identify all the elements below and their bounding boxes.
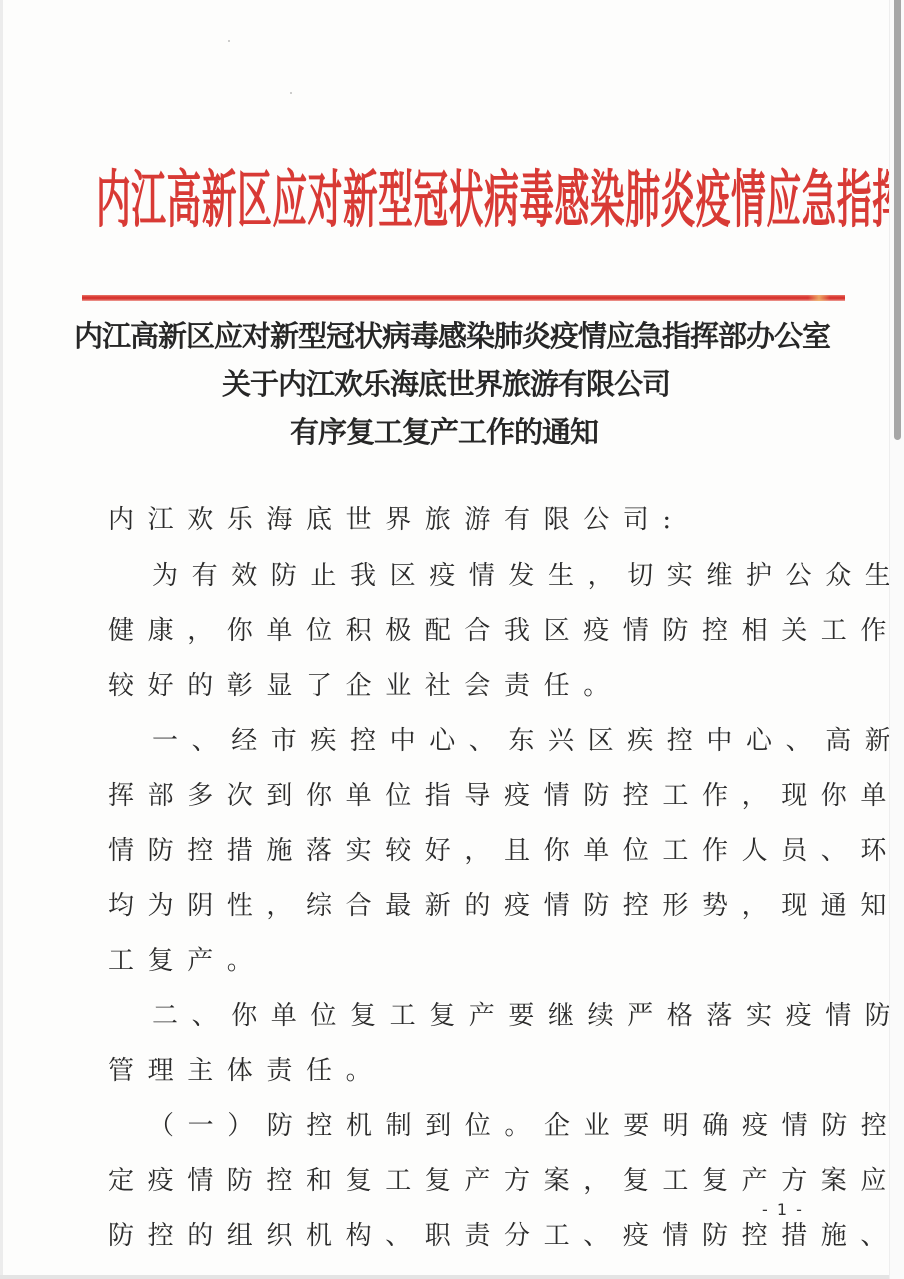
letterhead-red-rule xyxy=(82,295,845,301)
body-line: 工复产。 xyxy=(108,941,266,981)
letterhead-title-text: 内江高新区应对新型冠状病毒感染肺炎疫情应急指挥部办公 xyxy=(96,169,904,231)
body-line: 健康，你单位积极配合我区疫情防控相关工作，闭馆不避责， xyxy=(108,611,904,651)
body-line: 管理主体责任。 xyxy=(108,1051,385,1091)
body-line: 为有效防止我区疫情发生，切实维护公众生命安全和身体 xyxy=(152,556,904,596)
scan-speck xyxy=(290,92,292,94)
vertical-scrollbar[interactable] xyxy=(889,0,904,1279)
body-line: （一）防控机制到位。企业要明确疫情防控责任机制，制 xyxy=(148,1106,904,1146)
body-line: 均为阴性，综合最新的疫情防控形势，现通知你单位可有序复 xyxy=(108,886,904,926)
body-line: 防控的组织机构、职责分工、疫情防控措施、疫情防控物资储 xyxy=(108,1216,904,1256)
salutation: 内江欢乐海底世界旅游有限公司: xyxy=(108,500,685,540)
red-rule-glint xyxy=(808,295,830,301)
body-line: 一、经市疾控中心、东兴区疾控中心、高新区疫情防控指 xyxy=(152,721,904,761)
page-bottom-edge xyxy=(0,1275,904,1279)
body-line: 定疫情防控和复工复产方案，复工复产方案应包括本企业疫情 xyxy=(108,1161,904,1201)
page-left-edge xyxy=(0,0,3,1279)
notice-title-line-1: 内江高新区应对新型冠状病毒感染肺炎疫情应急指挥部办公室 xyxy=(0,316,904,356)
body-line: 较好的彰显了企业社会责任。 xyxy=(108,666,623,706)
body-line: 二、你单位复工复产要继续严格落实疫情防控措施和健康 xyxy=(152,996,904,1036)
document-page: 内江高新区应对新型冠状病毒感染肺炎疫情应急指挥部办公 室 内江高新区应对新型冠状… xyxy=(0,0,904,1279)
notice-title-line-2: 关于内江欢乐海底世界旅游有限公司 xyxy=(0,364,898,404)
scan-speck xyxy=(228,40,230,42)
body-line: 挥部多次到你单位指导疫情防控工作，现你单位各项常态化疫 xyxy=(108,776,904,816)
notice-title-line-3: 有序复工复产工作的通知 xyxy=(0,412,896,452)
page-number: - 1 - xyxy=(762,1200,804,1219)
body-line: 情防控措施落实较好，且你单位工作人员、环境采样核酸检测 xyxy=(108,831,904,871)
scrollbar-thumb[interactable] xyxy=(894,0,901,440)
letterhead-title: 内江高新区应对新型冠状病毒感染肺炎疫情应急指挥部办公 室 xyxy=(96,150,820,250)
